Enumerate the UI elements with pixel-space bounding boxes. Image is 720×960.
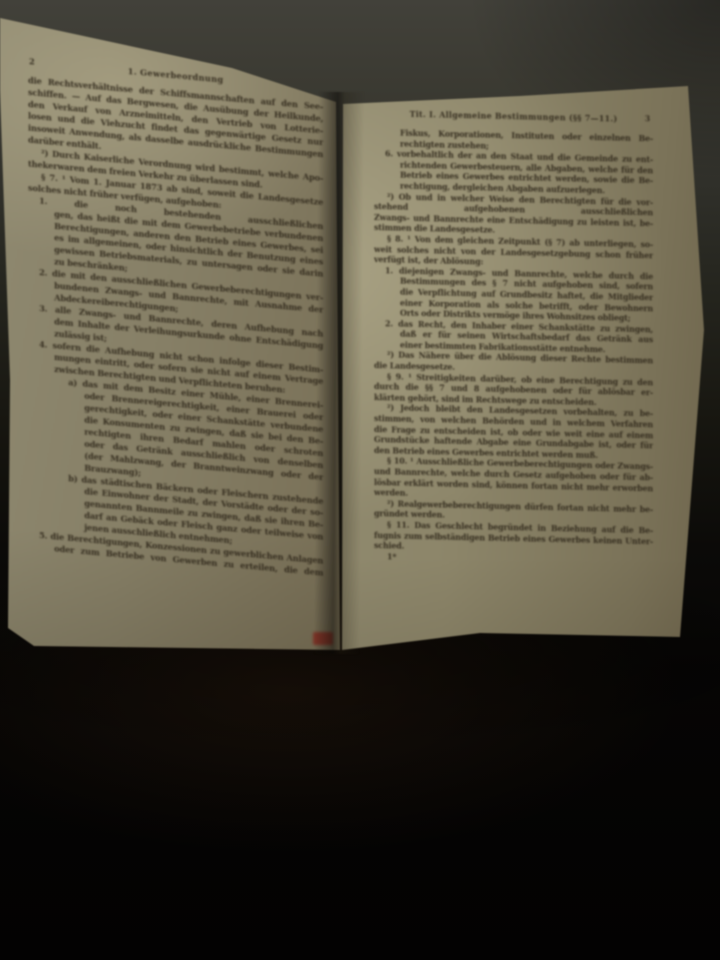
open-book: 2 1. Gewerbeordnung die Rechtsverhältnis… — [0, 0, 720, 960]
right-page-text: Tit. I. Allgemeine Bestimmungen (§§ 7—11… — [374, 106, 653, 569]
right-page-number: 3 — [645, 114, 650, 123]
gutter-shadow — [314, 92, 365, 654]
right-running-header: Tit. I. Allgemeine Bestimmungen (§§ 7—11… — [374, 109, 653, 124]
right-page-lines: Fiskus, Korporationen, Instituten oder e… — [374, 128, 653, 569]
left-page-text: 2 1. Gewerbeordnung die Rechtsverhältnis… — [28, 54, 323, 579]
book-photo: 2 1. Gewerbeordnung die Rechtsverhältnis… — [0, 0, 720, 960]
left-page-lines: die Rechtsverhältnisse der Schiffsmannsc… — [28, 74, 323, 579]
